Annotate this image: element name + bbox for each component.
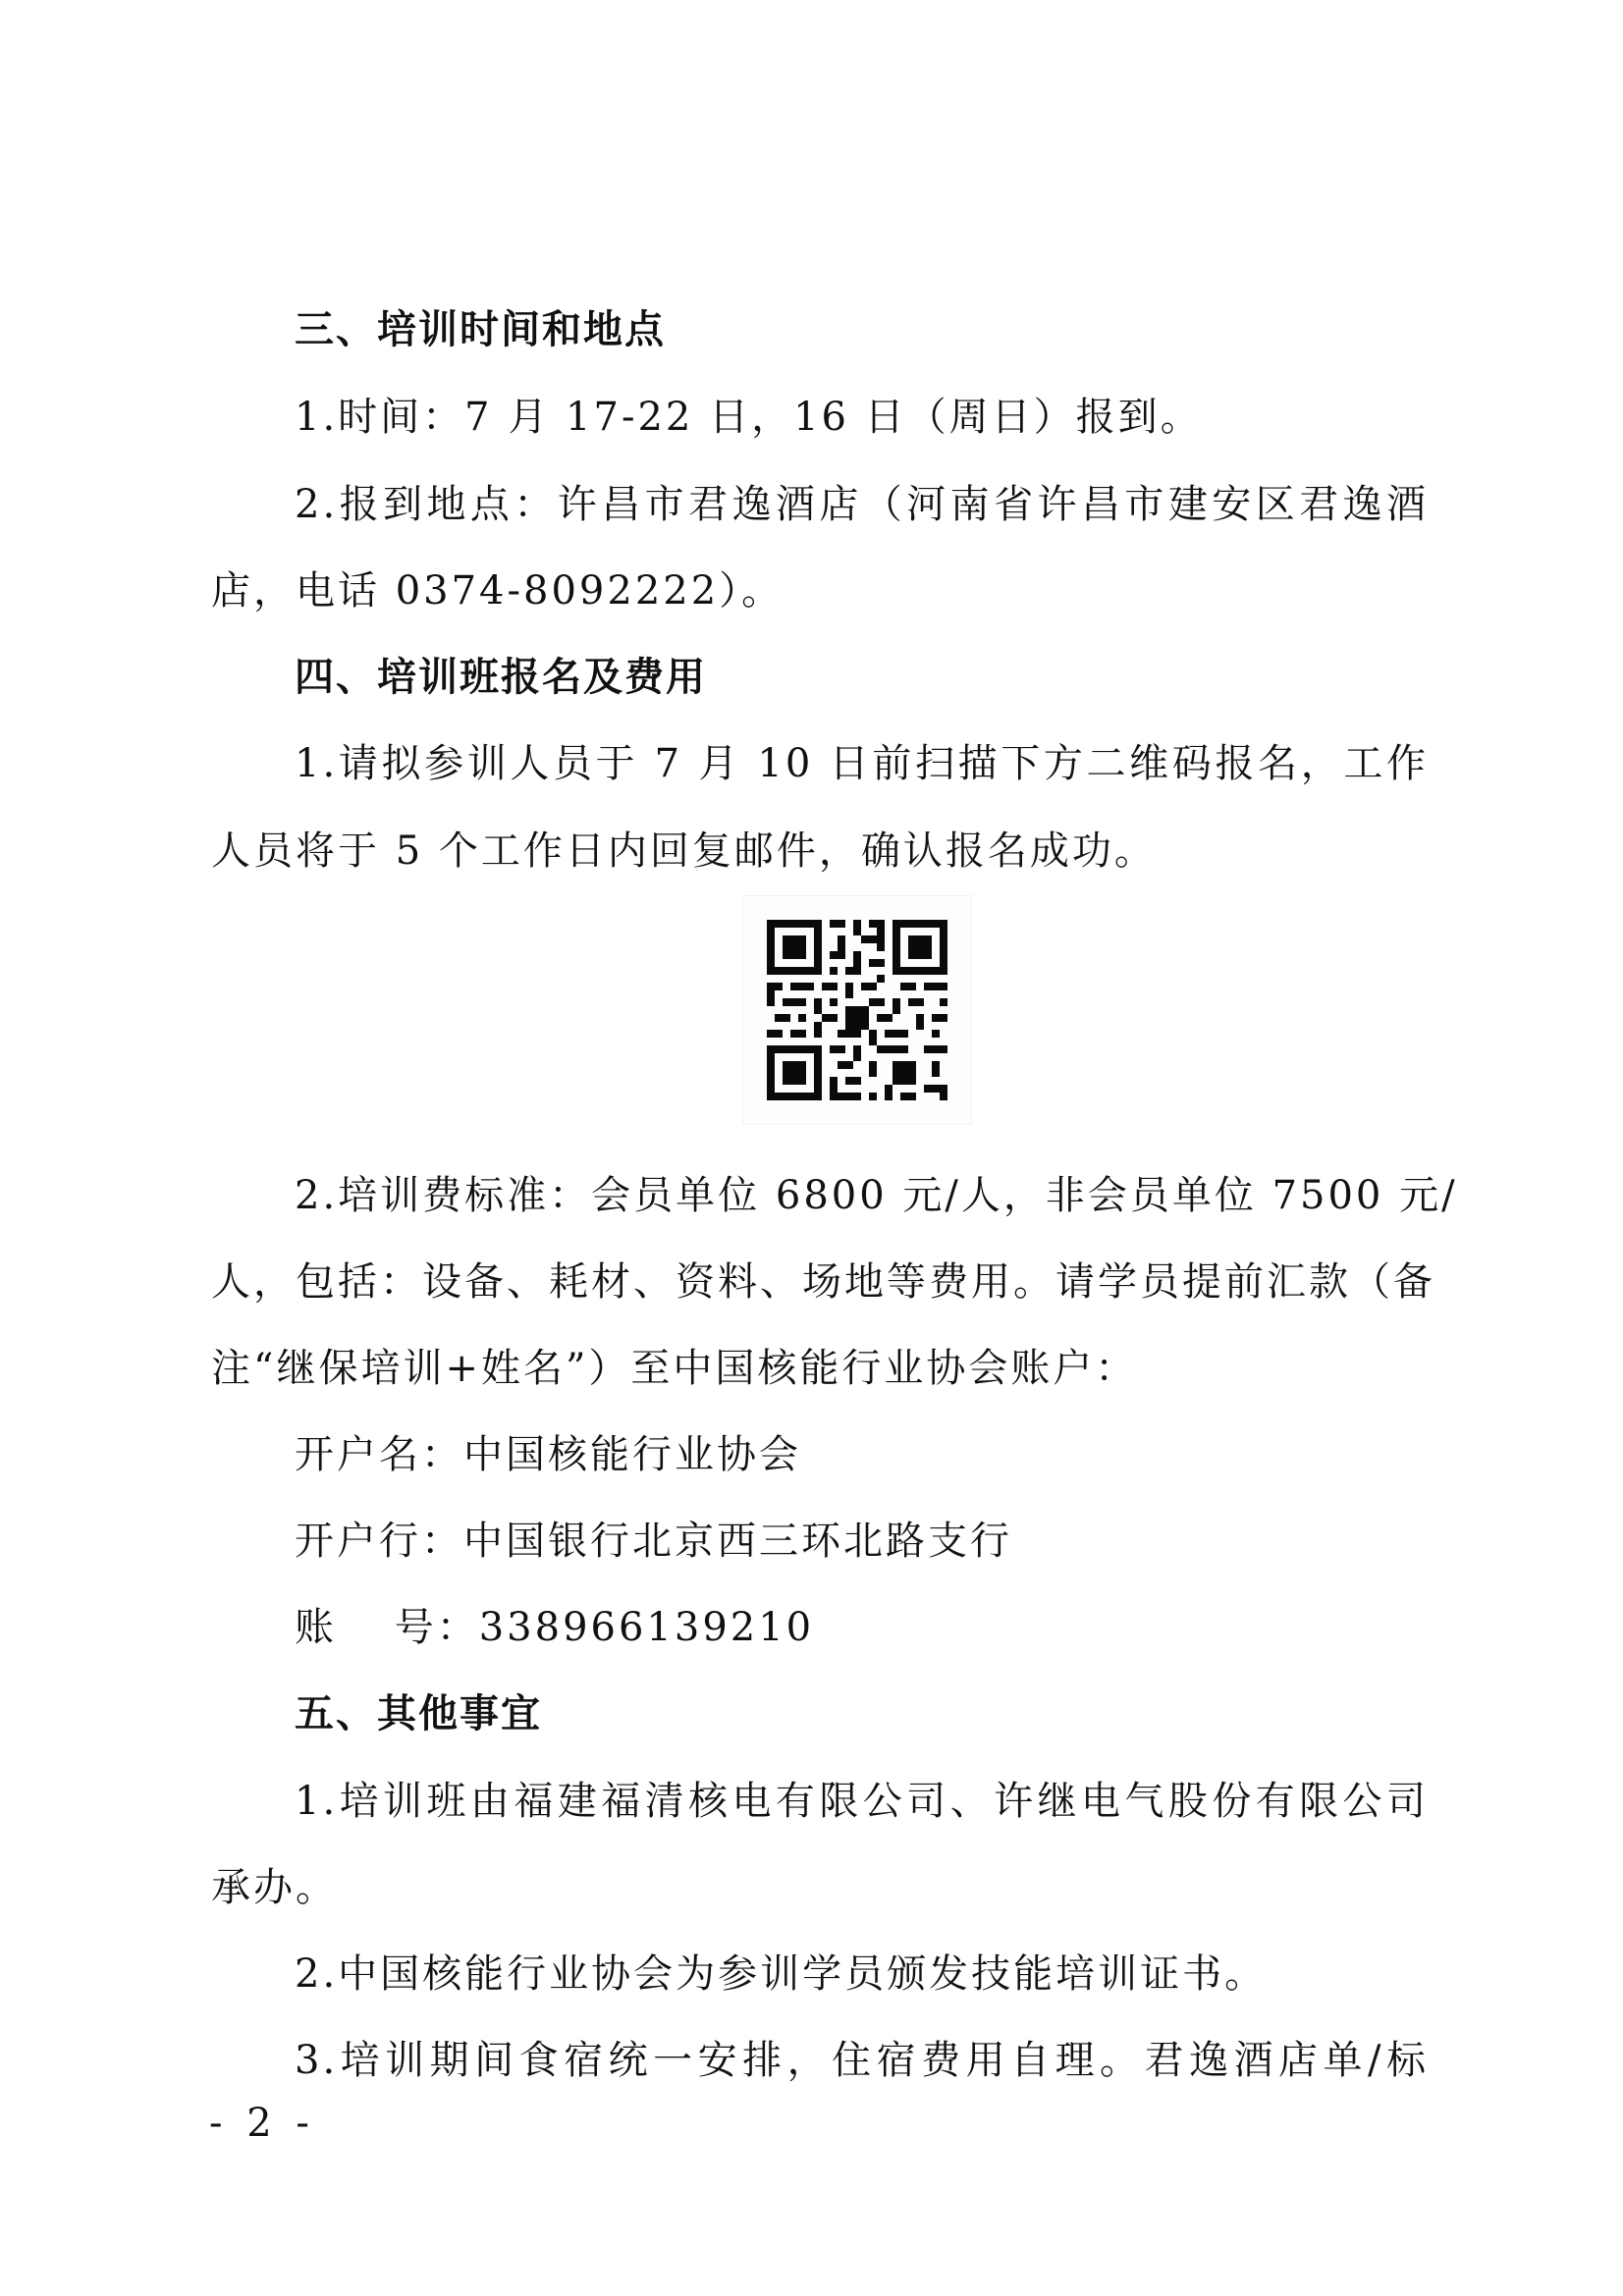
document-page: 三、培训时间和地点 1.时间：7 月 17-22 日，16 日（周日）报到。 2… (0, 0, 1623, 2296)
section4-item2-line3: 注“继保培训+姓名”）至中国核能行业协会账户： (211, 1339, 1429, 1398)
section4-heading: 四、培训班报名及费用 (295, 648, 1512, 707)
account-bank-row: 开户行：中国银行北京西三环北路支行 (295, 1512, 1512, 1571)
account-bank-value: 中国银行北京西三环北路支行 (463, 1519, 1012, 1564)
section5-item3-line1: 3.培训期间食宿统一安排，住宿费用自理。君逸酒店单/标 (295, 2031, 1429, 2090)
section4-item1-line1: 1.请拟参训人员于 7 月 10 日前扫描下方二维码报名，工作 (295, 734, 1429, 793)
qr-code-icon[interactable] (743, 896, 971, 1124)
section5-heading: 五、其他事宜 (295, 1684, 1512, 1743)
section3-item2-line2: 店，电话 0374-8092222）。 (211, 561, 1429, 620)
account-name-row: 开户名：中国核能行业协会 (295, 1425, 1512, 1484)
account-number-row: 账 号：338966139210 (295, 1598, 1512, 1657)
account-name-value: 中国核能行业协会 (463, 1432, 801, 1477)
account-name-label: 开户名： (295, 1432, 463, 1477)
section3-item2-line1: 2.报到地点：许昌市君逸酒店（河南省许昌市建安区君逸酒 (295, 475, 1429, 534)
section5-item2: 2.中国核能行业协会为参训学员颁发技能培训证书。 (295, 1945, 1512, 2003)
section5-item1-line1: 1.培训班由福建福清核电有限公司、许继电气股份有限公司 (295, 1772, 1429, 1831)
account-bank-label: 开户行： (295, 1519, 463, 1564)
section4-item1-line2: 人员将于 5 个工作日内回复邮件，确认报名成功。 (211, 822, 1429, 881)
qr-code-graphic (743, 896, 971, 1124)
section5-item1-line2: 承办。 (211, 1858, 1429, 1917)
section3-heading: 三、培训时间和地点 (295, 300, 1512, 359)
page-number: - 2 - (209, 2099, 315, 2148)
account-number-label: 账 号： (295, 1605, 479, 1650)
section3-item1: 1.时间：7 月 17-22 日，16 日（周日）报到。 (295, 388, 1512, 447)
account-number-value: 338966139210 (479, 1605, 814, 1650)
section4-item2-line2: 人，包括：设备、耗材、资料、场地等费用。请学员提前汇款（备 (211, 1253, 1429, 1311)
section4-item2-line1: 2.培训费标准：会员单位 6800 元/人，非会员单位 7500 元/ (295, 1166, 1429, 1225)
